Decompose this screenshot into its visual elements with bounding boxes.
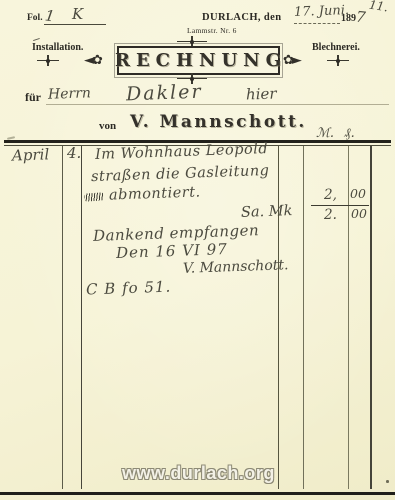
entry-month: April: [12, 145, 50, 164]
recipient-place-handwritten: hier: [246, 84, 277, 103]
invoice-title-box: RECHNUNG: [117, 46, 280, 75]
total-pfennig: 00: [351, 206, 367, 221]
issuer-name: V. Mannschott.: [130, 112, 307, 132]
recipient-salutation-handwritten: Herrn: [48, 85, 91, 102]
watermark-url: www.durlach.org: [122, 463, 275, 484]
year-digit-handwritten: 7: [355, 8, 366, 27]
date-underline: [294, 23, 340, 24]
place-date-label: DURLACH, den: [202, 12, 281, 23]
paper-speck: [386, 480, 389, 483]
fleuron-right-icon: ✿►: [283, 53, 300, 68]
fol-underline: [44, 24, 106, 25]
amount-mark: 2,: [324, 187, 337, 203]
scribbled-out-word: [84, 192, 105, 201]
invoice-title: RECHNUNG: [110, 50, 287, 71]
recipient-name-handwritten: Dakler: [126, 81, 203, 106]
currency-columns-handwritten: ℳ. ₰.: [316, 125, 355, 141]
table-column-line-5: [348, 146, 349, 489]
corner-note-handwritten: 11.: [368, 0, 389, 14]
table-column-line-4: [303, 146, 304, 489]
entry-day: 4.: [67, 144, 81, 162]
table-column-line-2: [81, 146, 82, 489]
fol-label: Fol.: [27, 13, 43, 23]
street-address: Lammstr. Nr. 6: [187, 26, 237, 35]
paper-speck: [7, 136, 15, 139]
table-column-line-3: [278, 146, 279, 489]
sum-label-handwritten: Sa. Mk: [241, 203, 293, 221]
pen-stray-mark: [33, 38, 40, 41]
recipient-baseline: [46, 104, 389, 105]
fol-number-handwritten: 1: [44, 6, 56, 25]
entry-description-line-2: straßen die Gasleitung: [91, 163, 270, 185]
table-column-line-6: [370, 146, 372, 489]
dagger-under-blechnerei-icon: [327, 55, 349, 66]
trade-right-label: Blechnerei.: [312, 42, 360, 53]
invoice-scan: Fol. 1 K DURLACH, den 17. Juni. 189 7 11…: [0, 0, 395, 500]
trade-left-label: Installation.: [32, 42, 83, 53]
table-column-line-1: [62, 146, 63, 489]
fuer-label: für: [25, 90, 41, 105]
entry-description-line-3: abmontiert.: [109, 184, 201, 203]
amount-pfennig: 00: [350, 186, 366, 201]
bottom-border-line: [0, 492, 395, 495]
fol-letter-handwritten: K: [72, 5, 83, 23]
header-rule-thick: [4, 140, 391, 143]
year-printed: 189: [341, 13, 356, 24]
von-label: von: [99, 120, 116, 132]
receipt-date-line: Den 16 VI 97: [116, 240, 228, 262]
ledger-reference-handwritten: C B fo 51.: [86, 278, 172, 299]
dagger-under-installation-icon: [37, 55, 59, 66]
signature-handwritten: V. Mannschott.: [183, 257, 289, 277]
total-mark: 2.: [324, 207, 337, 223]
fleuron-left-icon: ◄✿: [84, 53, 101, 68]
